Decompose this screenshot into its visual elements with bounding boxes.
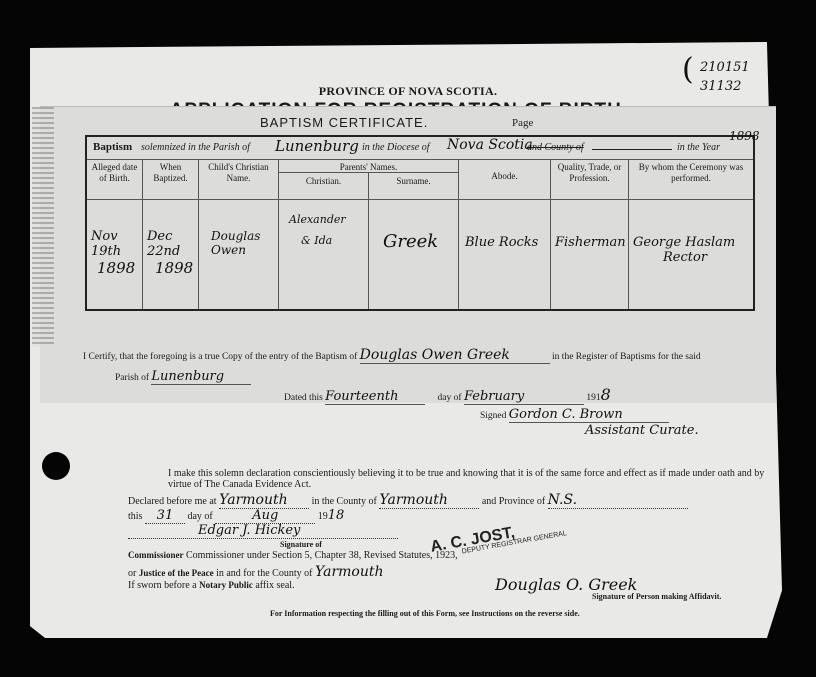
parents-christian-cell: Alexander & Ida [279,199,369,309]
justice-line: or Justice of the Peace in and for the C… [128,564,384,580]
profession-cell: Fisherman [551,199,629,309]
parish-value: Lunenburg [275,137,359,155]
justice-county-value: Yarmouth [315,564,384,580]
dated-month-value: February [464,389,584,405]
affiant-label: Signature of Person making Affidavit. [592,592,721,601]
commissioner-signature: Edgar J. Hickey [128,523,398,539]
diocese-value: Nova Scotia [447,137,533,153]
baptized-date-cell: Dec 22nd 1898 [143,199,199,309]
year-value: 1898 [729,129,760,143]
baptism-table: Baptism solemnized in the Parish of Lune… [85,135,755,311]
declared-date-line: this 31 day of Aug 1918 [128,508,344,524]
certify-parish-value: Lunenburg [151,369,251,385]
performed-by-cell: George Haslam Rector [629,199,753,309]
signed-value: Gordon C. Brown [509,407,669,423]
commissioner-signature-line: Edgar J. Hickey [128,523,398,539]
notary-line: If sworn before a Notary Public affix se… [128,580,295,591]
abode-cell: Blue Rocks [459,199,551,309]
baptism-certificate: BAPTISM CERTIFICATE. Page Baptism solemn… [40,106,776,403]
certify-parish-line: Parish of Lunenburg [115,369,251,385]
punch-hole [42,452,70,480]
declared-place-value: Yarmouth [219,492,309,509]
margin-note: ( 210151 31132 [700,58,750,96]
child-name-cell: Douglas Owen [199,199,279,309]
dated-day-value: Fourteenth [325,389,425,405]
page-label: Page [512,117,533,129]
declared-day-value: 31 [145,508,185,524]
declared-county-value: Yarmouth [379,492,479,509]
declaration-text: I make this solemn declaration conscient… [168,468,788,490]
birth-date-cell: Nov 19th 1898 [87,199,143,309]
certify-name-value: Douglas Owen Greek [360,347,550,364]
certificate-title: BAPTISM CERTIFICATE. [260,115,428,130]
declared-province-value: N.S. [548,492,688,509]
binding-spine [32,107,54,347]
form-footer: For Information respecting the filling o… [270,609,580,618]
dated-line: Dated this Fourteenth day of February 19… [284,385,611,405]
commissioner-line: Commissioner Commissioner under Section … [128,550,458,561]
certify-line: I Certify, that the foregoing is a true … [83,347,701,364]
declared-month-value: Aug [215,508,315,524]
signer-title: Assistant Curate. [585,423,699,438]
surname-cell: Greek [369,199,459,309]
declared-line: Declared before me at Yarmouth in the Co… [128,492,688,509]
signed-line: Signed Gordon C. Brown [480,407,669,423]
parish-row: Baptism solemnized in the Parish of Lune… [87,137,753,160]
